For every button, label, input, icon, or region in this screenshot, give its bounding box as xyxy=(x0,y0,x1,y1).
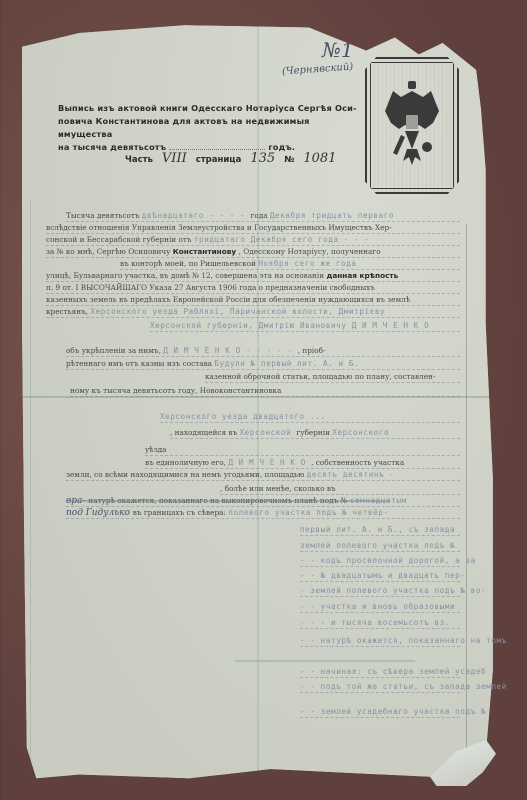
number-value: 1081 xyxy=(303,151,336,166)
printed-text: , собственность участка xyxy=(311,458,404,467)
typed-entry: Декабря тридцать перваго xyxy=(270,211,394,220)
document-line: за № ко мнѣ, Сергѣю Осиповичу Константин… xyxy=(46,247,381,258)
document-line: - - кодъ проселочной дорогой, а за xyxy=(300,556,476,567)
margin-rule xyxy=(466,224,467,784)
document-line: п. 9 от. I ВЫСОЧАЙШАГО Указа 27 Августа … xyxy=(46,283,375,294)
document-line: вслѣдствіе отношенія Управленія Землеуст… xyxy=(46,223,392,234)
document-line: - - натурѣ окажется, показаннаго на томъ xyxy=(300,636,507,647)
double-headed-eagle-icon xyxy=(379,79,445,171)
typed-entry: Д И М Ч Е Н К О - - - - - xyxy=(163,346,297,355)
document-line: объ укрѣпленіи за нимъ, Д И М Ч Е Н К О … xyxy=(66,346,325,357)
document-line: земли, со всѣми находящимися на немъ уго… xyxy=(66,470,395,481)
fill-line xyxy=(46,305,460,306)
printed-text: году, Новоконстантиновка xyxy=(178,386,281,395)
typed-entry: - - землей усадебнаго участка подъ № xyxy=(300,707,486,716)
handwritten-entry: под Гидулько xyxy=(66,508,133,518)
printed-text: п. 9 от. I ВЫСОЧАЙШАГО Указа 27 Августа … xyxy=(46,283,375,292)
document-line: - - № двадцатымъ и двадцать пер- xyxy=(300,571,466,582)
fill-line xyxy=(66,480,460,481)
fill-line xyxy=(66,369,460,370)
printed-text: въ единоличную его, xyxy=(145,458,228,467)
printed-text: вслѣдствіе отношенія Управленія Землеуст… xyxy=(46,223,392,232)
fill-line xyxy=(170,438,460,439)
fill-line xyxy=(70,396,460,397)
typed-entry: Будули № первый лит. А. и Б. xyxy=(214,359,359,368)
fill-line xyxy=(300,628,460,629)
printed-text: казенной оброчной статьи, площадью по пл… xyxy=(205,372,435,381)
part-label: Часть xyxy=(125,155,153,165)
document-line: казенныхъ земель въ предѣлахъ Европейско… xyxy=(46,295,410,306)
document-line: Тысяча девятьсотъ двѣнадцатаго - - - - г… xyxy=(66,211,394,222)
document-line: улицѣ, Бульварнаго участка, въ домѣ № 12… xyxy=(46,271,398,282)
fill-line xyxy=(46,293,460,294)
typed-entry: - - натурѣ окажется, показаннаго на томъ xyxy=(300,636,507,645)
fill-line xyxy=(220,494,460,495)
printed-text: ко мнѣ, Сергѣю Осиповичу xyxy=(66,247,173,256)
document-line: казенной оброчной статьи, площадью по пл… xyxy=(205,372,435,383)
fold-mark xyxy=(235,660,415,662)
typed-entry: Херсонского уезда Рабляхі, Паричанской в… xyxy=(90,307,385,316)
typed-entry: - землей полевого участка подъ № во- xyxy=(300,586,486,595)
typed-entry: Херсонского xyxy=(332,428,389,437)
typed-entry: - - кодъ проселочной дорогой, а за xyxy=(300,556,476,565)
typed-entry: - - № двадцатымъ и двадцать пер- xyxy=(300,571,466,580)
page-label: страница xyxy=(196,155,242,165)
typed-entry: - - участка и вновь образовыми xyxy=(300,602,455,611)
fill-line xyxy=(46,257,460,258)
fill-line xyxy=(300,612,460,613)
document-line: - землей полевого участка подъ № во- xyxy=(300,586,486,597)
printed-text: улицѣ, Бульварнаго участка, въ домѣ № 12… xyxy=(46,271,274,280)
printed-text: сонской и Бессарабской губерніи отъ xyxy=(46,235,194,244)
printed-text: земли, со всѣми находящимися на немъ уго… xyxy=(66,470,307,479)
document-line: - - подъ той же статьи, съ запада землей xyxy=(300,682,507,693)
fill-line xyxy=(150,331,460,332)
typed-entry: десять десятинъ - xyxy=(307,470,395,479)
handwritten-number: №1 xyxy=(322,38,354,62)
fill-line xyxy=(205,382,460,383)
fill-line xyxy=(46,317,460,318)
printed-text: ному къ тысяча девятьсотъ xyxy=(70,386,178,395)
document-line: - - начиная: съ сѣвера землей усадеб xyxy=(300,667,486,678)
document-header: Выпись изъ актовой книги Одесскаго Нотар… xyxy=(58,102,358,154)
fill-line xyxy=(300,551,460,552)
printed-text: Тысяча девятьсотъ xyxy=(66,211,142,220)
printed-text: года xyxy=(250,211,269,220)
typed-entry: - - начиная: съ сѣвера землей усадеб xyxy=(300,667,486,676)
typed-entry: полевого участка подъ № четвёр- xyxy=(228,508,388,517)
document-line: - - землей усадебнаго участка подъ № xyxy=(300,707,486,718)
fill-line xyxy=(145,468,460,469)
document-line: землей полевого участка подъ № xyxy=(300,541,455,552)
number-label: № xyxy=(284,155,294,165)
printed-text: уѣзда xyxy=(145,445,167,454)
fill-line xyxy=(46,281,460,282)
printed-text: рѣтеннаго имъ отъ казны изъ состава xyxy=(66,359,214,368)
printed-text: , Одесскому Нотаріусу, полученнаго xyxy=(239,247,381,256)
document-line: - - - и тысяча восемьсотъ вз. xyxy=(300,618,450,629)
typed-entry: тридцатаго Декабря сего года - - - xyxy=(194,235,370,244)
fill-line xyxy=(46,233,460,234)
printed-text: , болѣе или менѣе, сколько въ xyxy=(220,484,336,493)
document-line: рѣтеннаго имъ отъ казны изъ состава Буду… xyxy=(66,359,359,370)
typed-entry: Херсонской xyxy=(240,428,297,437)
fill-line xyxy=(66,506,460,507)
typed-entry: Херсонской губерніи, Дмитрію Ивановичу Д… xyxy=(150,321,429,330)
document-line: Херсонского уезда двадцатого ... xyxy=(160,412,326,423)
document-line: въ конторѣ моей, по Ришельевской Ноября … xyxy=(120,259,357,270)
bold-term: данная крѣпость xyxy=(326,271,398,280)
imperial-stamp xyxy=(365,57,459,194)
page-value: 135 xyxy=(250,151,275,166)
typed-entry: - - подъ той же статьи, съ запада землей xyxy=(300,682,507,691)
header-line-2: повича Константинова для актовъ на недви… xyxy=(58,115,358,141)
typed-entry: Ноября сего же года xyxy=(258,259,356,268)
printed-text: объ укрѣпленіи за нимъ, xyxy=(66,346,163,355)
printed-text: , находящейся въ xyxy=(170,428,240,437)
typed-entry: Херсонского уезда двадцатого ... xyxy=(160,412,326,421)
printed-text: крестьянъ, xyxy=(46,307,90,316)
document-line: под Гидулько въ границахъ съ сѣвера: пол… xyxy=(66,508,389,519)
fill-line xyxy=(300,677,460,678)
typed-entry: землей полевого участка подъ № xyxy=(300,541,455,550)
fill-line xyxy=(66,221,460,222)
fold-mark xyxy=(70,500,390,502)
printed-text: на основаніи xyxy=(274,271,326,280)
typed-entry: Д И М Ч Е Н К О xyxy=(228,458,311,467)
fill-line xyxy=(300,581,460,582)
printed-text: , пріоб- xyxy=(298,346,326,355)
header-line-1: Выпись изъ актовой книги Одесскаго Нотар… xyxy=(58,102,358,115)
typed-entry: двѣнадцатаго - - - - xyxy=(142,211,251,220)
document-line: сонской и Бессарабской губерніи отъ трид… xyxy=(46,235,370,246)
part-value: VIII xyxy=(162,151,187,166)
fill-line xyxy=(300,646,460,647)
fill-line xyxy=(120,269,460,270)
document-line: , находящейся въ Херсонской губерніи Хер… xyxy=(170,428,389,439)
fill-line xyxy=(300,717,460,718)
fill-line xyxy=(300,692,460,693)
margin-rule-left xyxy=(30,200,31,770)
bold-term: Константинову xyxy=(173,247,239,256)
printed-text: губерніи xyxy=(296,428,332,437)
typed-entry: - - - и тысяча восемьсотъ вз. xyxy=(300,618,450,627)
fill-line xyxy=(145,455,460,456)
printed-text: за № xyxy=(46,247,66,256)
printed-text: въ конторѣ моей, по Ришельевской xyxy=(120,259,258,268)
fill-line xyxy=(46,245,460,246)
document-line: ному къ тысяча девятьсотъ году, Новоконс… xyxy=(70,386,281,397)
printed-text: казенныхъ земель въ предѣлахъ Европейско… xyxy=(46,295,410,304)
fill-line xyxy=(300,566,460,567)
fill-line xyxy=(160,422,460,423)
document-line: первый лит. А. и Б., съ запада xyxy=(300,525,455,536)
fill-line xyxy=(300,535,460,536)
register-reference: Часть VIII страница 135 № 1081 xyxy=(125,151,342,166)
printed-text: въ границахъ съ сѣвера: xyxy=(133,508,229,517)
document-line: , болѣе или менѣе, сколько въ xyxy=(220,484,336,495)
fill-line xyxy=(66,356,460,357)
fill-line xyxy=(300,596,460,597)
fill-line xyxy=(66,518,460,519)
document-line: крестьянъ, Херсонского уезда Рабляхі, Па… xyxy=(46,307,385,318)
document-line: - - участка и вновь образовыми xyxy=(300,602,455,613)
document-line: Херсонской губерніи, Дмитрію Ивановичу Д… xyxy=(150,321,429,332)
document-line: уѣзда xyxy=(145,445,167,456)
document-line: въ единоличную его, Д И М Ч Е Н К О , со… xyxy=(145,458,404,469)
typed-entry: первый лит. А. и Б., съ запада xyxy=(300,525,455,534)
